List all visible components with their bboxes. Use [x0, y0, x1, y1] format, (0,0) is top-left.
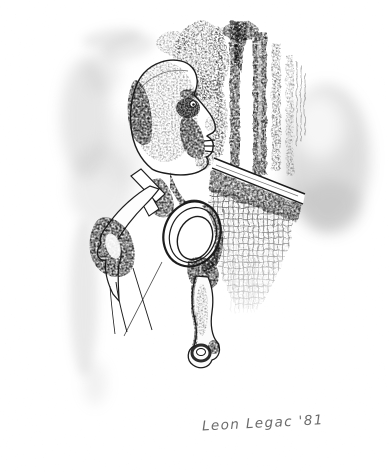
pupil: [192, 103, 195, 106]
artwork-drawing: Leon Legac '81: [0, 0, 389, 472]
window-bar: [271, 42, 280, 170]
window-bar: [285, 54, 293, 174]
smudge-right-blob-rim: [300, 180, 362, 234]
window-bar-highlight: [257, 40, 260, 160]
nose-shading: [205, 117, 215, 131]
brow-shading: [180, 89, 198, 99]
faint-vertical-hatch: [229, 258, 255, 312]
ankle-highlight: [197, 349, 206, 356]
smudge-left-tail: [84, 361, 106, 405]
eye-socket-shading: [176, 98, 200, 118]
toe-knob-shading: [208, 340, 220, 354]
speckle-tuft-above-head: [156, 30, 188, 54]
leg-stipple: [196, 284, 208, 336]
artwork-canvas: Leon Legac '81: [0, 0, 389, 472]
window-bar: [214, 26, 222, 154]
under-chin-shadow: [195, 150, 211, 170]
